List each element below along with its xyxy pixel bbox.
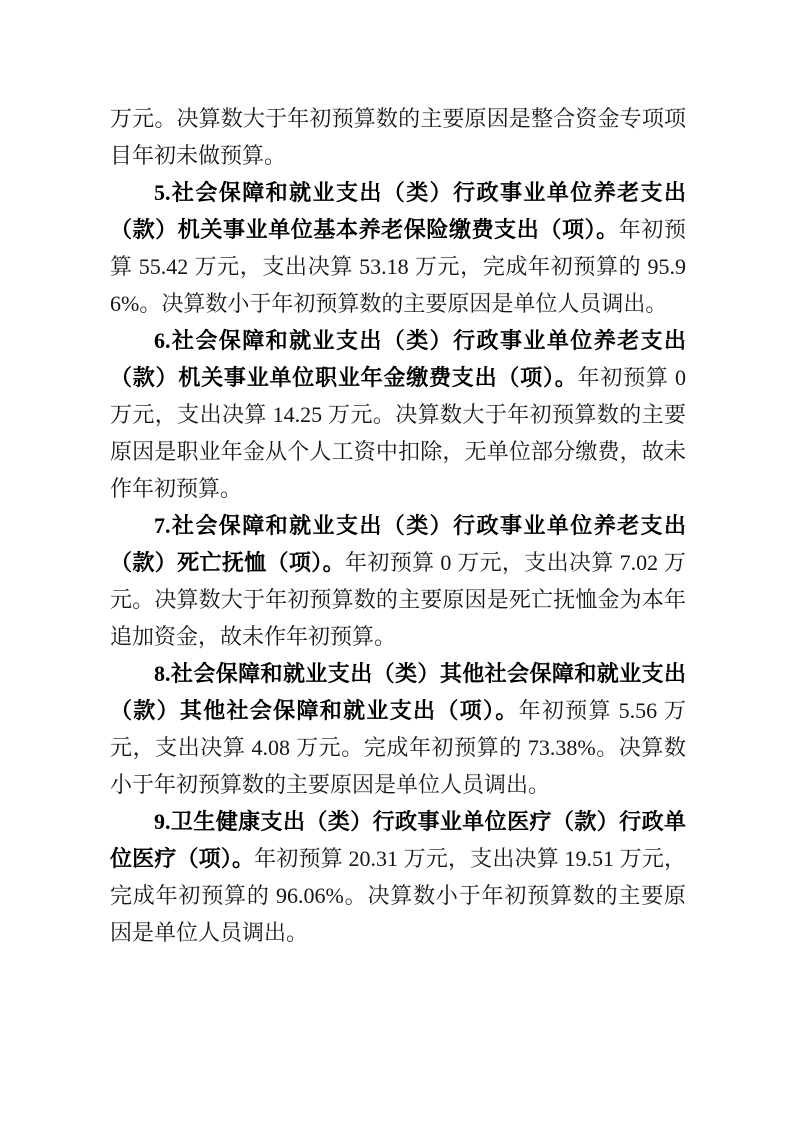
- paragraph-body-text: 万元。决算数大于年初预算数的主要原因是整合资金专项项目年初未做预算。: [110, 106, 686, 168]
- paragraph-bold-heading: 5.社会保障和就业支出（类）行政事业单位养老支出（款）机关事业单位基本养老保险缴…: [110, 180, 686, 242]
- document-content: 万元。决算数大于年初预算数的主要原因是整合资金专项项目年初未做预算。 5.社会保…: [110, 100, 686, 951]
- paragraph-item-5: 5.社会保障和就业支出（类）行政事业单位养老支出（款）机关事业单位基本养老保险缴…: [110, 174, 686, 322]
- paragraph-item-6: 6.社会保障和就业支出（类）行政事业单位养老支出（款）机关事业单位职业年金缴费支…: [110, 322, 686, 507]
- paragraph-item-7: 7.社会保障和就业支出（类）行政事业单位养老支出（款）死亡抚恤（项）。年初预算 …: [110, 507, 686, 655]
- paragraph-item-9: 9.卫生健康支出（类）行政事业单位医疗（款）行政单位医疗（项）。年初预算 20.…: [110, 803, 686, 951]
- paragraph-continuation: 万元。决算数大于年初预算数的主要原因是整合资金专项项目年初未做预算。: [110, 100, 686, 174]
- paragraph-item-8: 8.社会保障和就业支出（类）其他社会保障和就业支出（款）其他社会保障和就业支出（…: [110, 655, 686, 803]
- document-page: 万元。决算数大于年初预算数的主要原因是整合资金专项项目年初未做预算。 5.社会保…: [0, 0, 793, 1122]
